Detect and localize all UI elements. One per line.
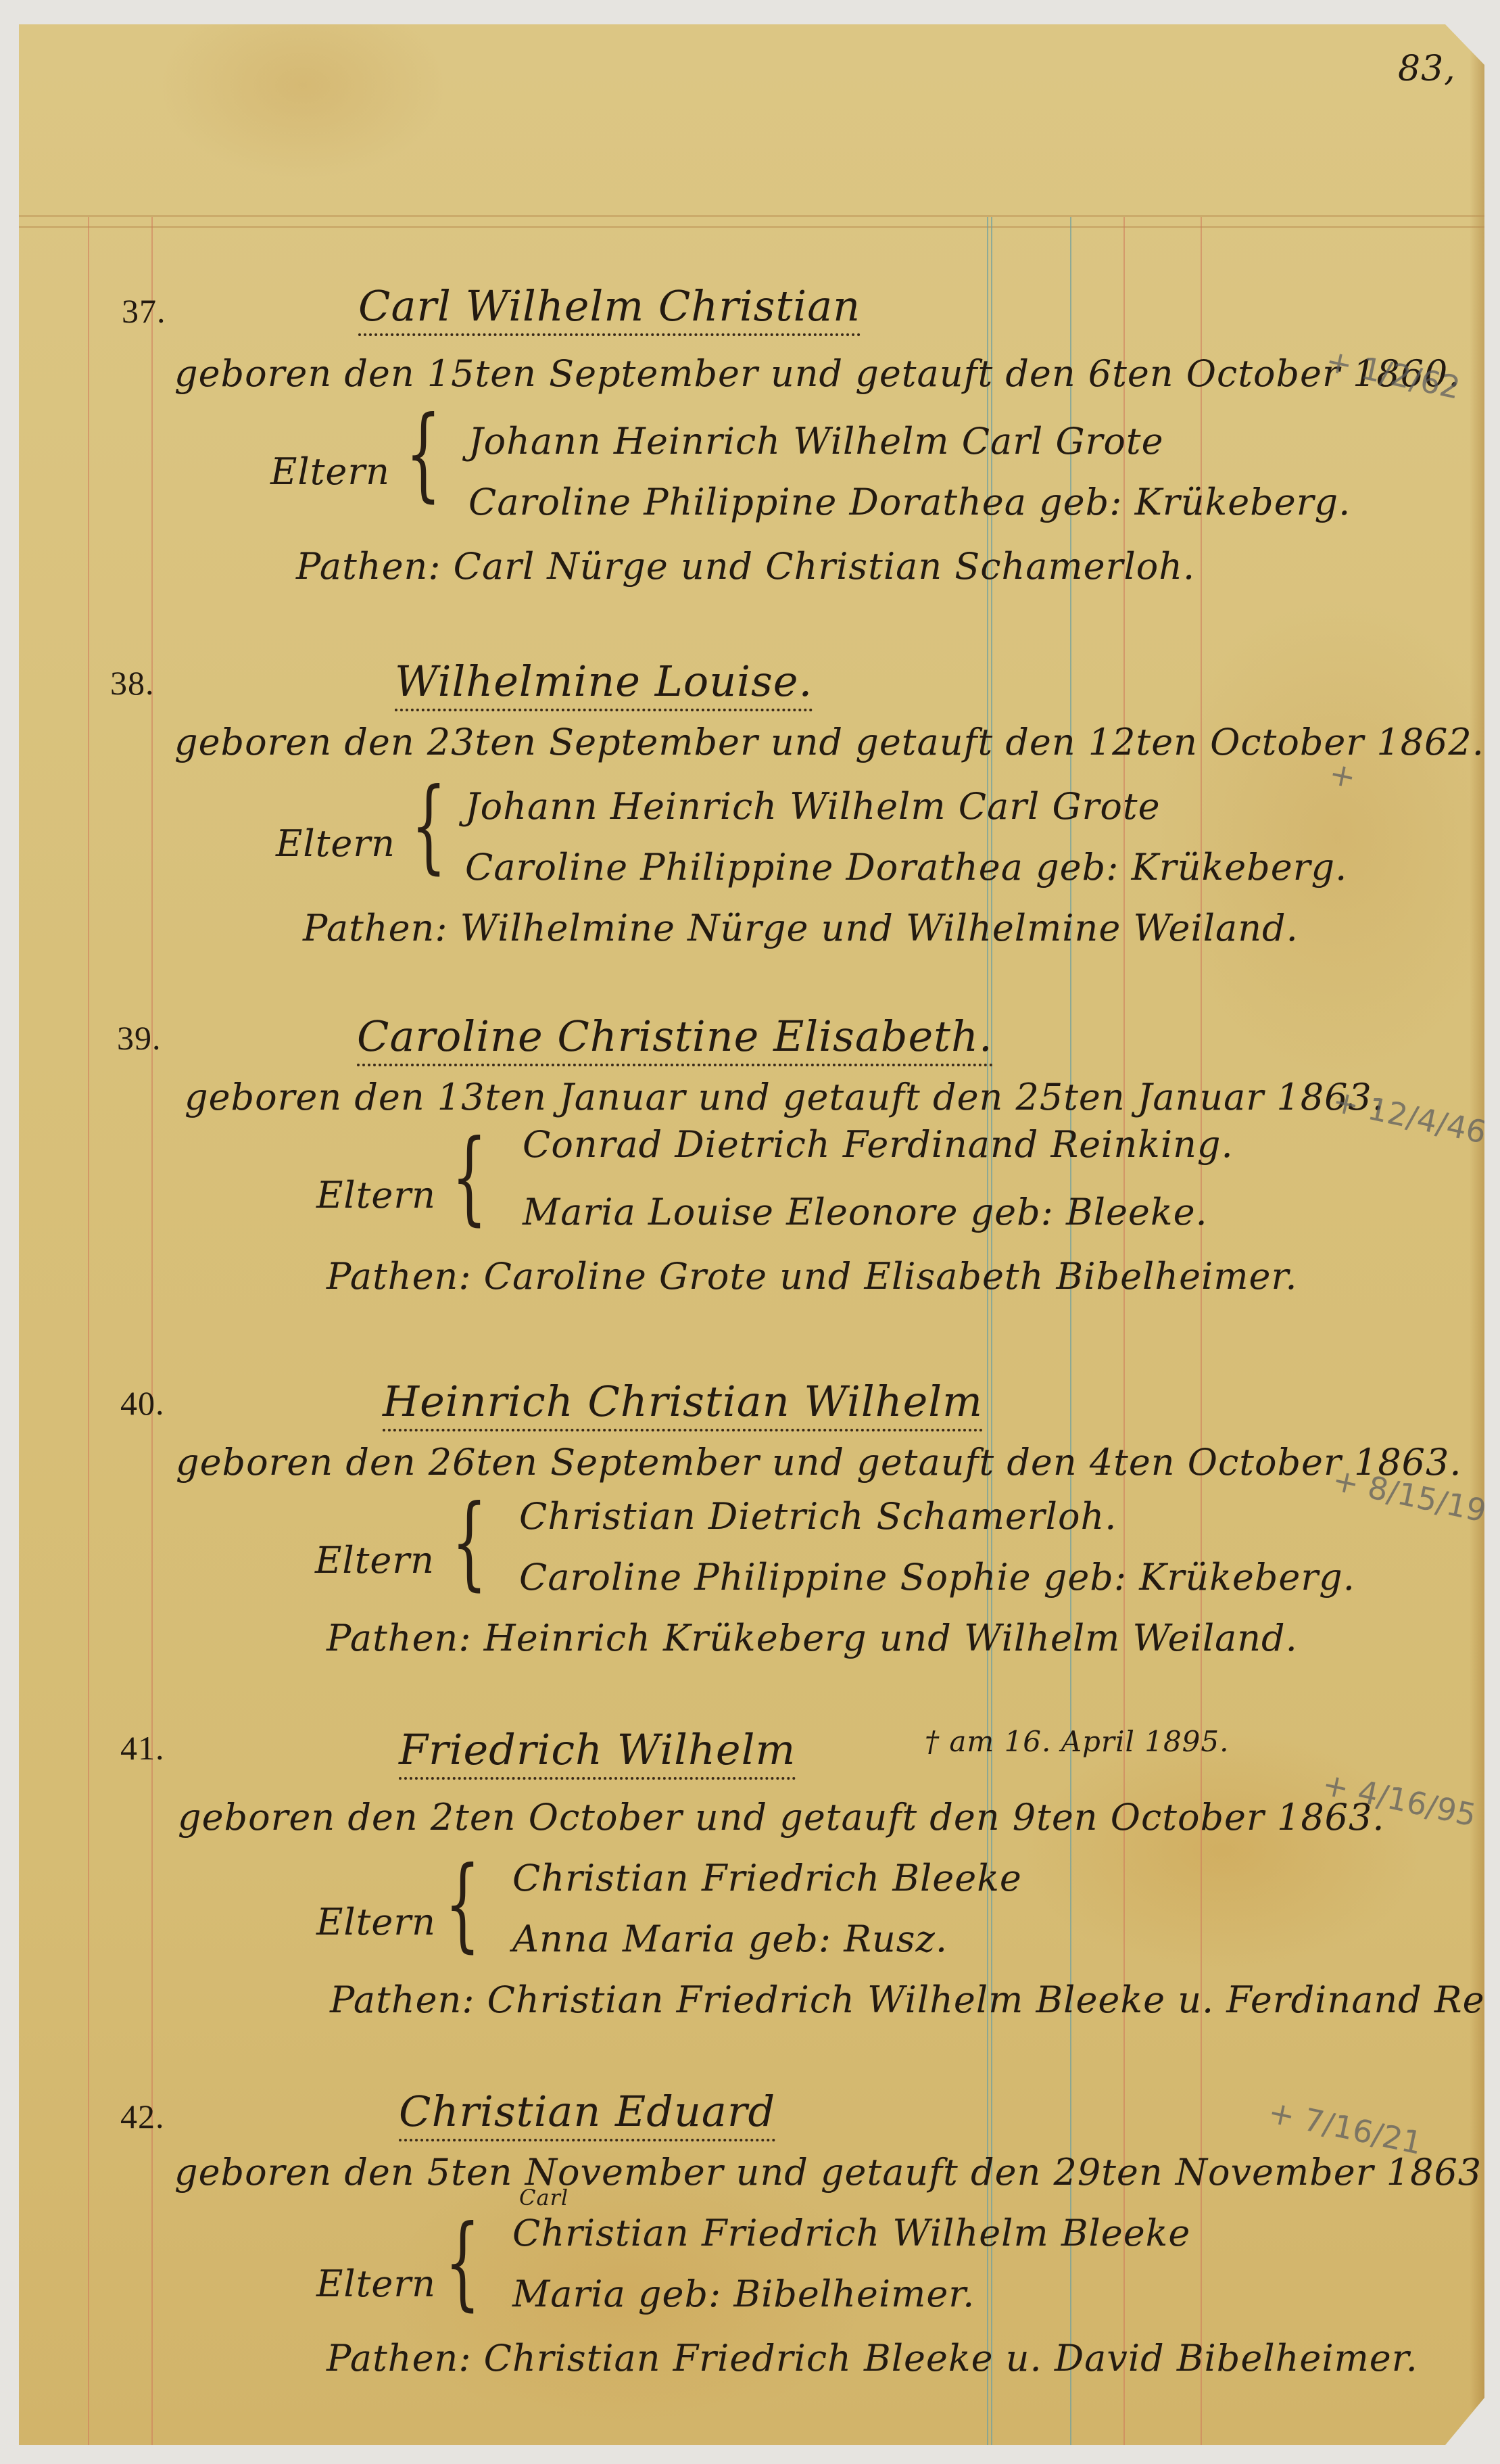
mother-name: Caroline Philippine Dorathea geb: Krükeb… — [465, 846, 1347, 889]
birth-baptism-line: geboren den 23ten September und getauft … — [174, 721, 1484, 763]
father-name: Conrad Dietrich Ferdinand Reinking. — [523, 1123, 1234, 1166]
birth-baptism-line: geboren den 15ten September und getauft … — [174, 352, 1461, 395]
birth-baptism-line: geboren den 13ten Januar und getauft den… — [185, 1076, 1384, 1118]
mother-name: Anna Maria geb: Rusz. — [512, 1918, 948, 1960]
parents-label: Eltern — [315, 1539, 435, 1582]
mother-name: Maria geb: Bibelheimer. — [512, 2273, 975, 2315]
godparents-line: Pathen: Caroline Grote und Elisabeth Bib… — [326, 1255, 1298, 1298]
child-name: Friedrich Wilhelm — [399, 1725, 796, 1780]
father-name: Christian Friedrich Bleeke — [512, 1857, 1022, 1899]
birth-baptism-line: geboren den 26ten September und getauft … — [176, 1441, 1462, 1484]
godparents-line: Pathen: Christian Friedrich Bleeke u. Da… — [326, 2337, 1418, 2379]
parents-brace: { — [445, 2212, 480, 2313]
ink-death-note: † am 16. April 1895. — [925, 1725, 1229, 1758]
father-name: Christian Friedrich Wilhelm Bleeke — [512, 2212, 1190, 2254]
father-name: Christian Dietrich Schamerloh. — [519, 1495, 1117, 1538]
mother-name: Caroline Philippine Sophie geb: Krükeber… — [519, 1556, 1355, 1598]
parents-label: Eltern — [270, 450, 390, 493]
child-name: Christian Eduard — [399, 2087, 775, 2141]
parents-label: Eltern — [316, 1901, 436, 1943]
page-number: 83, — [1398, 49, 1456, 89]
father-name: Johann Heinrich Wilhelm Carl Grote — [465, 785, 1161, 828]
child-name: Wilhelmine Louise. — [395, 657, 813, 711]
entry-number: 42. — [120, 2097, 165, 2136]
godparents-line: Pathen: Wilhelmine Nürge und Wilhelmine … — [303, 907, 1299, 949]
birth-baptism-line: geboren den 5ten November und getauft de… — [174, 2151, 1494, 2194]
mother-name: Caroline Philippine Dorathea geb: Krükeb… — [468, 481, 1351, 523]
entry-number: 38. — [110, 663, 155, 703]
child-name: Caroline Christine Elisabeth. — [357, 1012, 993, 1066]
column-rule-red-4 — [1201, 217, 1202, 2445]
parents-brace: { — [445, 1853, 480, 1955]
entry-number: 39. — [117, 1018, 162, 1058]
entry-number: 37. — [122, 291, 166, 331]
mother-name: Maria Louise Eleonore geb: Bleeke. — [523, 1191, 1208, 1233]
pencil-death-note: + 12/4/46 — [1330, 1083, 1490, 1151]
parents-label: Eltern — [316, 2262, 436, 2305]
godparents-line: Pathen: Christian Friedrich Wilhelm Blee… — [330, 1979, 1500, 2021]
margin-rule-1 — [88, 217, 89, 2445]
father-name-correction: Carl — [519, 2185, 568, 2210]
birth-baptism-line: geboren den 2ten October und getauft den… — [178, 1796, 1385, 1839]
entry-number: 40. — [120, 1383, 165, 1423]
parents-label: Eltern — [316, 1174, 436, 1216]
page-edge-shadow — [1470, 24, 1484, 2445]
child-name: Heinrich Christian Wilhelm — [383, 1377, 983, 1431]
register-page: 83, 37. Carl Wilhelm Christian geboren d… — [19, 24, 1484, 2445]
parents-brace: { — [452, 1127, 487, 1228]
parents-brace: { — [411, 775, 446, 876]
entry-number: 41. — [120, 1728, 165, 1768]
godparents-line: Pathen: Heinrich Krükeberg und Wilhelm W… — [326, 1617, 1298, 1659]
godparents-line: Pathen: Carl Nürge und Christian Schamer… — [296, 545, 1195, 588]
child-name: Carl Wilhelm Christian — [358, 281, 861, 336]
header-rule-bottom — [19, 226, 1484, 228]
parents-label: Eltern — [276, 822, 395, 865]
parents-brace: { — [452, 1492, 487, 1593]
header-rule-top — [19, 215, 1484, 217]
parents-brace: { — [406, 403, 441, 504]
father-name: Johann Heinrich Wilhelm Carl Grote — [468, 420, 1164, 463]
